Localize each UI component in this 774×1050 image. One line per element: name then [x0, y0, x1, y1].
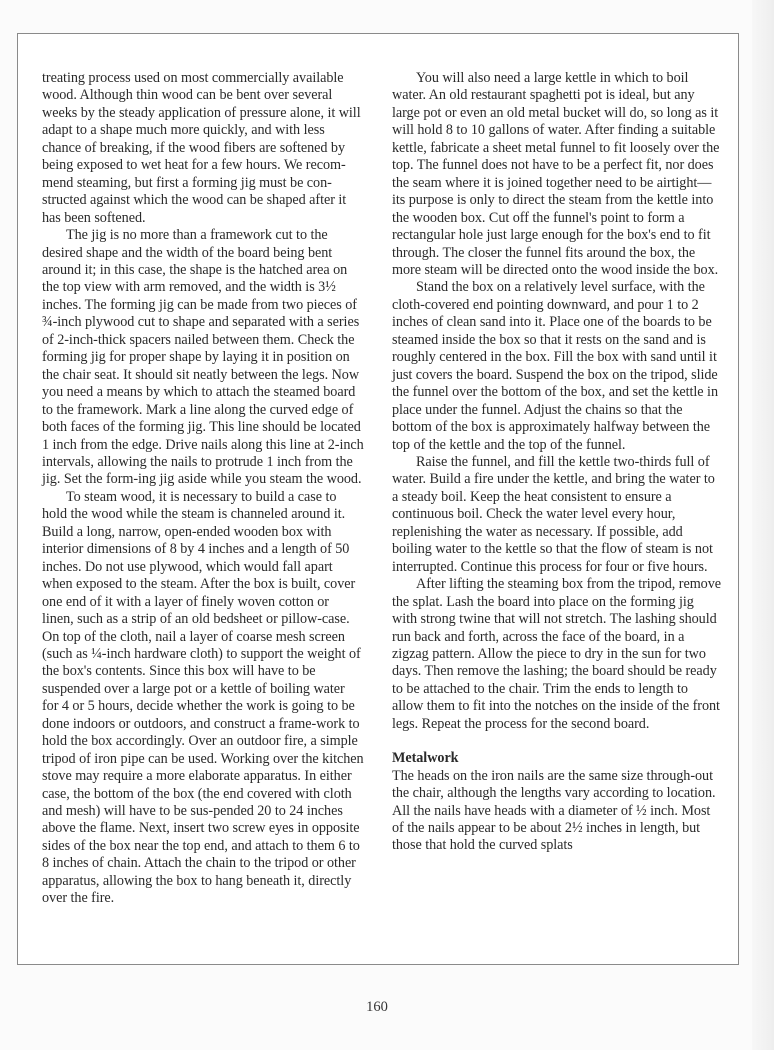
paragraph-metalwork: The heads on the iron nails are the same…: [392, 768, 722, 855]
paragraph-sand: Stand the box on a relatively level surf…: [392, 279, 722, 454]
paragraph-boil: Raise the funnel, and fill the kettle tw…: [392, 454, 722, 576]
paragraph-steam-box: To steam wood, it is necessary to build …: [42, 489, 364, 908]
text-frame: treating process used on most commercial…: [17, 33, 739, 965]
right-column: You will also need a large kettle in whi…: [392, 70, 722, 855]
page-edge-shadow: [752, 0, 774, 1050]
left-column: treating process used on most commercial…: [42, 70, 364, 908]
section-heading-metalwork: Metalwork: [392, 750, 722, 767]
paragraph-continued: treating process used on most commercial…: [42, 70, 364, 227]
paragraph-kettle: You will also need a large kettle in whi…: [392, 70, 722, 279]
paragraph-lashing: After lifting the steaming box from the …: [392, 576, 722, 733]
paragraph-forming-jig: The jig is no more than a framework cut …: [42, 227, 364, 489]
page-number: 160: [0, 999, 754, 1016]
